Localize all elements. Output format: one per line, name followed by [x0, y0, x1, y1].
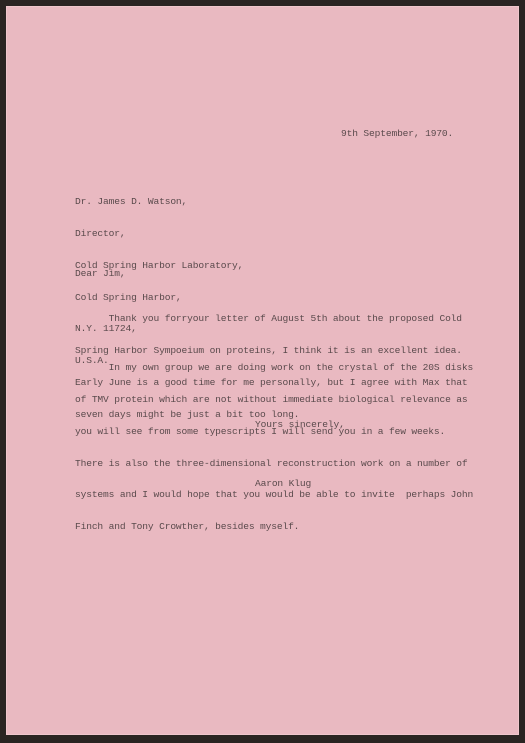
paragraph-line: In my own group we are doing work on the… [75, 363, 473, 374]
signature: Aaron Klug [255, 479, 311, 490]
paragraph-line: Thank you forryour letter of August 5th … [75, 314, 468, 325]
letter-page: 9th September, 1970. Dr. James D. Watson… [6, 6, 519, 735]
address-line: Director, [75, 229, 243, 240]
letter-date: 9th September, 1970. [341, 129, 453, 140]
paragraph-line: systems and I would hope that you would … [75, 490, 473, 501]
paragraph-line: There is also the three-dimensional reco… [75, 459, 473, 470]
body-paragraph-2: In my own group we are doing work on the… [75, 342, 473, 554]
paragraph-line: of TMV protein which are not without imm… [75, 395, 473, 406]
salutation: Dear Jim, [75, 269, 125, 280]
closing: Yours sincerely, [255, 420, 345, 431]
paragraph-line: Finch and Tony Crowther, besides myself. [75, 522, 473, 533]
address-line: Dr. James D. Watson, [75, 197, 243, 208]
